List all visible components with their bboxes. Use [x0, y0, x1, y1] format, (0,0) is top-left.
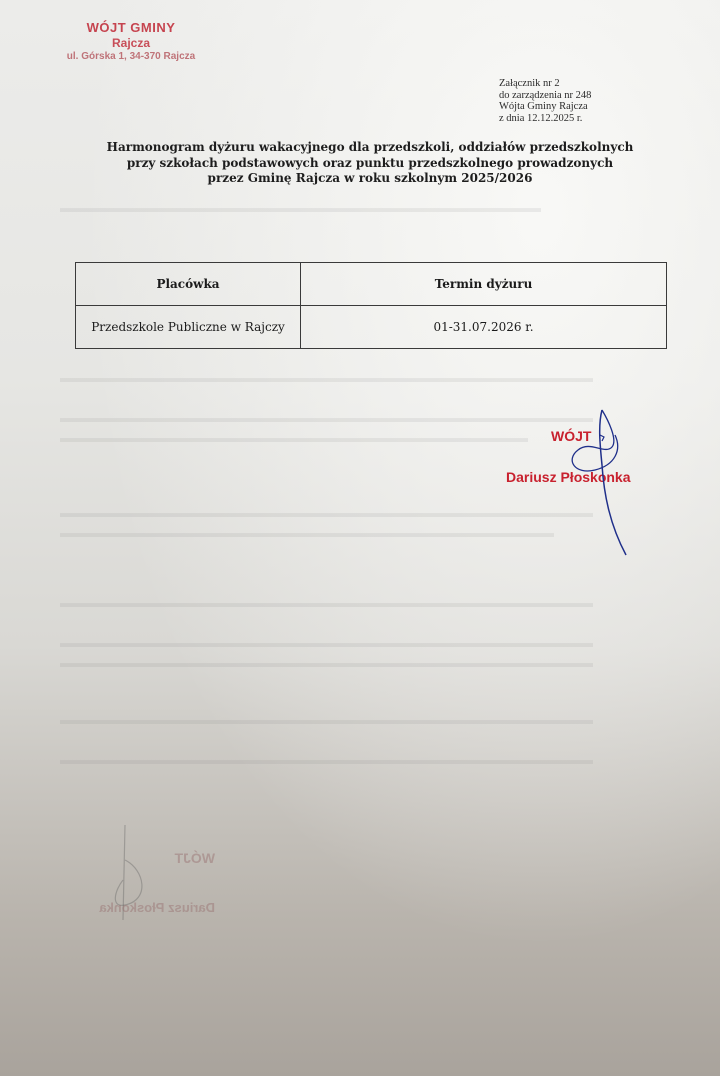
- mirrored-name: Dariusz Płoskonka: [99, 900, 215, 915]
- mirrored-stamp-imprint: WÓJT Dariusz Płoskonka: [55, 820, 235, 930]
- header-facility: Placówka: [76, 263, 301, 306]
- table-header-row: Placówka Termin dyżuru: [76, 263, 667, 306]
- handwritten-signature-icon: [560, 405, 640, 560]
- letterhead-stamp: WÓJT GMINY Rajcza ul. Górska 1, 34-370 R…: [46, 20, 216, 62]
- annex-number: Załącznik nr 2: [499, 78, 591, 90]
- table-row: Przedszkole Publiczne w Rajczy 01-31.07.…: [76, 306, 667, 349]
- title-line-2: przy szkołach podstawowych oraz punktu p…: [80, 156, 660, 172]
- annex-issuer: Wójta Gminy Rajcza: [499, 101, 591, 113]
- document-title: Harmonogram dyżuru wakacyjnego dla przed…: [80, 140, 660, 187]
- header-duty-period: Termin dyżuru: [301, 263, 667, 306]
- cell-duty-period: 01-31.07.2026 r.: [301, 306, 667, 349]
- annex-date: z dnia 12.12.2025 r.: [499, 113, 591, 125]
- schedule-table: Placówka Termin dyżuru Przedszkole Publi…: [75, 262, 667, 349]
- stamp-office: WÓJT GMINY: [46, 20, 216, 35]
- stamp-municipality: Rajcza: [46, 36, 216, 50]
- title-line-1: Harmonogram dyżuru wakacyjnego dla przed…: [80, 140, 660, 156]
- annex-order: do zarządzenia nr 248: [499, 90, 591, 102]
- cell-facility: Przedszkole Publiczne w Rajczy: [76, 306, 301, 349]
- mirrored-role: WÓJT: [175, 850, 215, 866]
- title-line-3: przez Gminę Rajcza w roku szkolnym 2025/…: [80, 171, 660, 187]
- stamp-address: ul. Górska 1, 34-370 Rajcza: [46, 51, 216, 62]
- annex-reference: Załącznik nr 2 do zarządzenia nr 248 Wój…: [499, 78, 591, 124]
